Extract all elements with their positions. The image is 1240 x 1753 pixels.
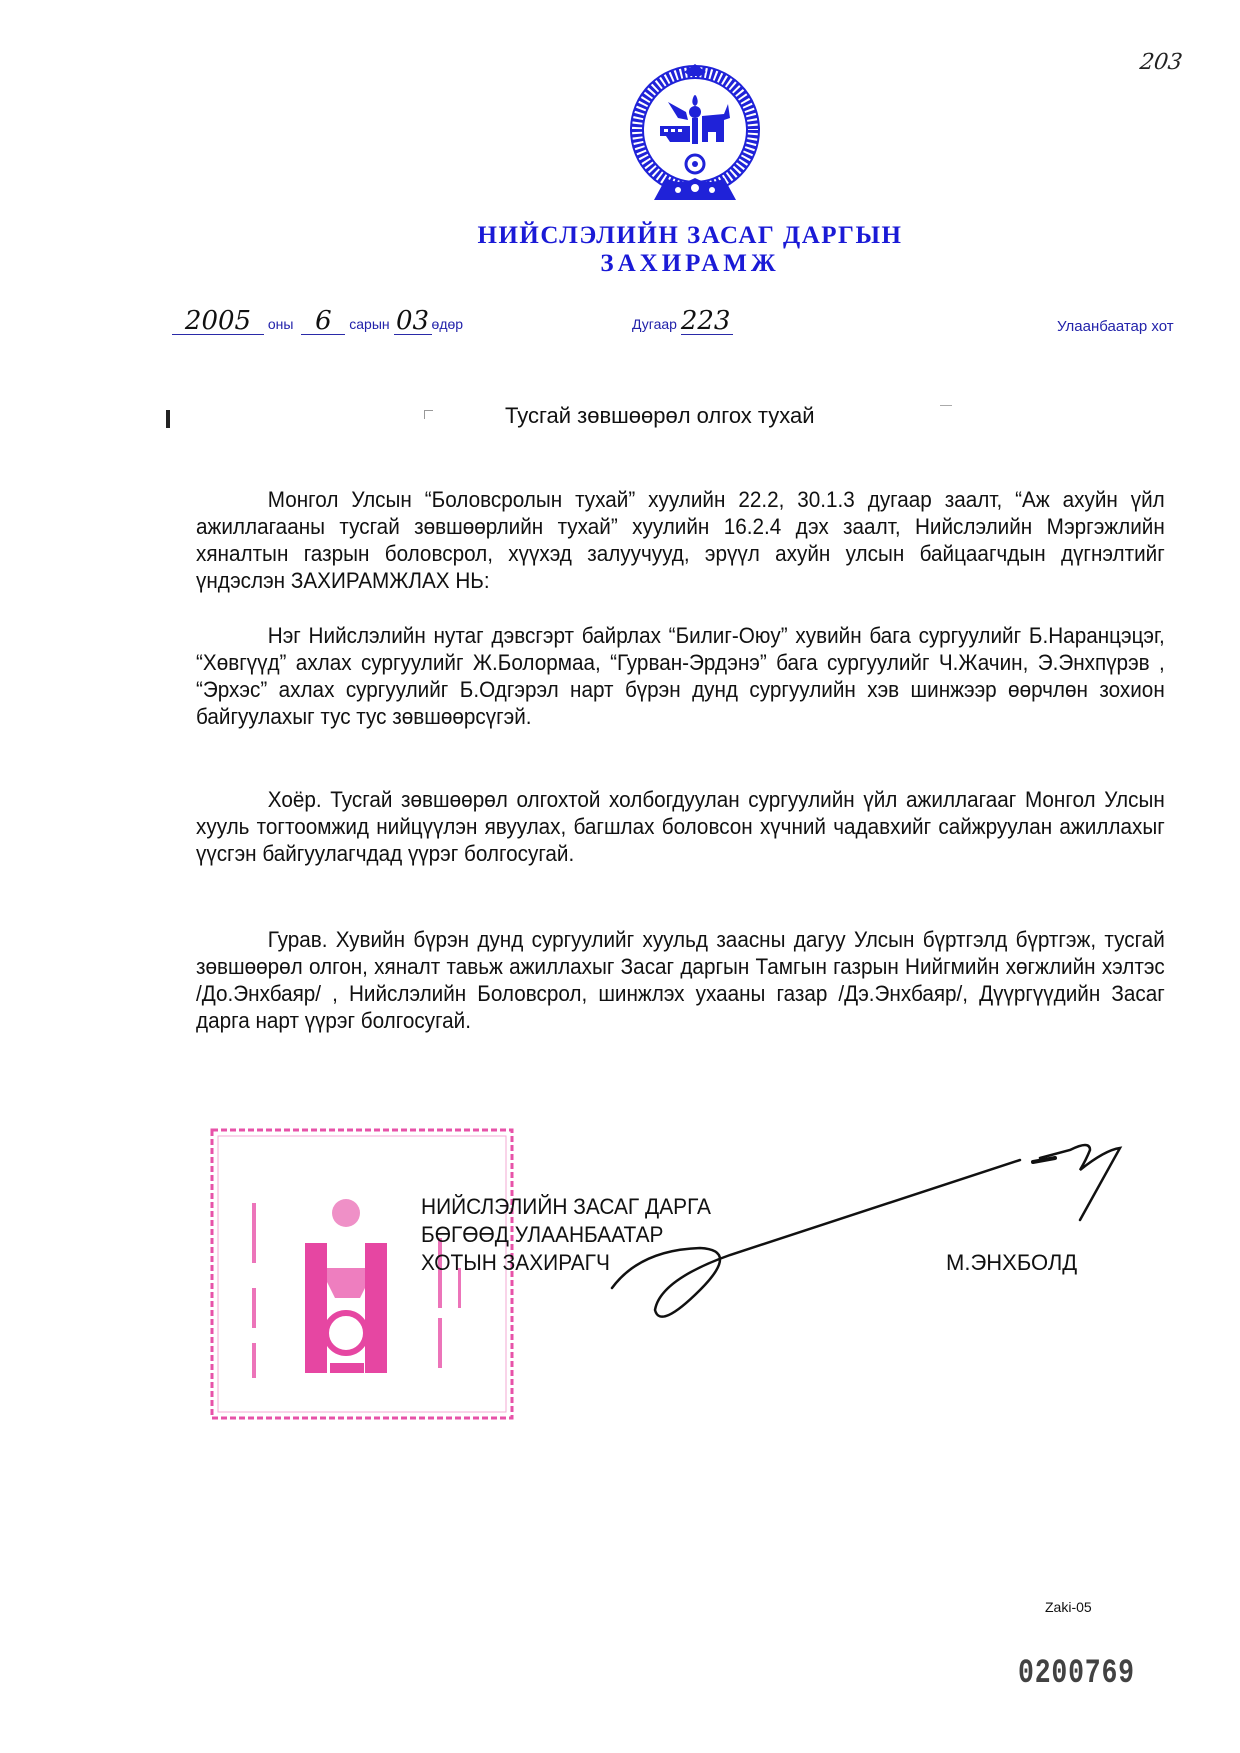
date-day-field: 03	[394, 308, 432, 335]
scan-mark	[940, 405, 952, 406]
handwritten-signature	[600, 1130, 1180, 1350]
date-year-label: оны	[268, 316, 294, 332]
paragraph-one: Нэг Нийслэлийн нутаг дэвсгэрт байрлах “Б…	[196, 622, 1087, 730]
paragraph-three: Гурав. Хувийн бүрэн дунд сургуулийг хуул…	[196, 926, 1087, 1034]
date-line: 2005 оны 6 сарын 03өдөр	[172, 308, 463, 335]
corner-mark	[424, 410, 433, 419]
document-header: НИЙСЛЭЛИЙН ЗАСАГ ДАРГЫН ЗАХИРАМЖ	[300, 222, 1080, 278]
serial-number: 0200769	[1018, 1655, 1135, 1693]
page-number: 203	[1138, 50, 1184, 75]
paragraph-preamble: Монгол Улсын “Боловсролын тухай” хуулийн…	[196, 486, 1087, 594]
form-code: Zaki-05	[1045, 1599, 1092, 1615]
order-number-line: Дугаар 223	[632, 308, 733, 335]
city-label: Улаанбаатар хот	[1057, 318, 1174, 335]
header-line-2: ЗАХИРАМЖ	[300, 250, 1080, 278]
header-line-1: НИЙСЛЭЛИЙН ЗАСАГ ДАРГЫН	[300, 222, 1080, 250]
signatory-name: М.ЭНХБОЛД	[946, 1250, 1077, 1276]
date-day-label: өдөр	[432, 316, 464, 332]
scan-mark	[166, 410, 170, 428]
order-number-field: 223	[681, 308, 733, 335]
date-month-label: сарын	[349, 316, 389, 332]
date-year-field: 2005	[172, 308, 264, 335]
order-number-label: Дугаар	[632, 316, 677, 332]
document-subject: Тусгай зөвшөөрөл олгох тухай	[505, 403, 815, 429]
state-emblem-icon	[620, 60, 770, 210]
date-month-field: 6	[301, 308, 345, 335]
paragraph-two: Хоёр. Тусгай зөвшөөрөл олгохтой холбогду…	[196, 786, 1087, 867]
